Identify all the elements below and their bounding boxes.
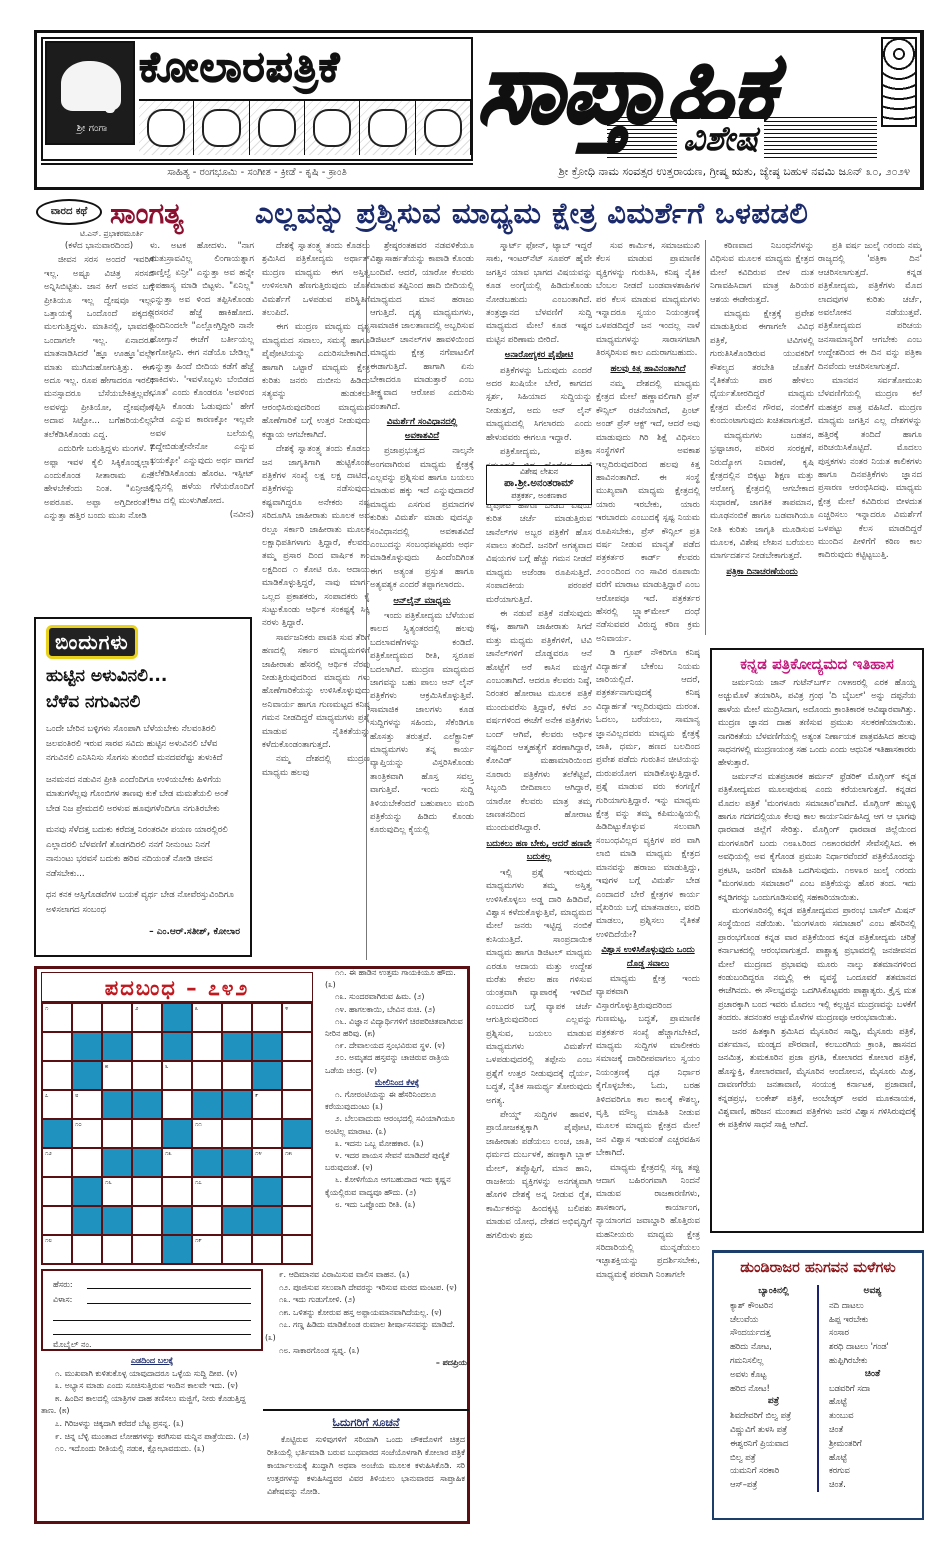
crossword-cell[interactable]: [102, 1235, 132, 1264]
article-paragraph: ಮಾನವನ ಸರ್ವತೋಮುಖ ಬೆಳವಣಿಗೆಯಲ್ಲಿ ಮುದ್ರಣ ಕಲೆ…: [818, 375, 922, 563]
poem-heading: ಬ್ಯಾಂಕಿನಲ್ಲಿ: [730, 1285, 817, 1299]
article-paragraph: ಪ್ರಜಾಪ್ರಭುತ್ವದ ನಾಲ್ಕನೇ ಅಂಗವಾಗಿರುವ ಮಾಧ್ಯಮ…: [370, 445, 474, 592]
poem-line: ವಿಷ್ಣುವಿಗೆ ತುಳಸಿ ಪತ್ರೆ: [730, 1423, 817, 1437]
ornament-border-icon: [881, 37, 917, 127]
across-clues-heading: ಎಡದಿಂದ ಬಲಕ್ಕೆ: [41, 1355, 263, 1368]
poem-line: ಸಂಸಾರ: [829, 1326, 916, 1340]
poem-line: ನದಿ ದಾಟಲು: [829, 1299, 916, 1313]
article-subheading: ವಿಮರ್ಶೆಗೆ ಸಂವಿಧಾನದಲ್ಲಿ ಅವಕಾಶವಿದೆ: [370, 416, 474, 443]
weekly-story-badge: ವಾರದ ಕಥೆ: [36, 199, 102, 225]
crossword-cell[interactable]: ೩: [192, 1003, 222, 1032]
article-column-7: ಕಠಿಣವಾದ ನಿಬಂಧನೆಗಳನ್ನು ವಿಧಿಸುವ ಮೂಲಕ ಮಾಧ್ಯ…: [710, 240, 814, 635]
clue: ೧೬. ವಿಜ್ಞಾನ ವಿದ್ಯಾರ್ಥಿಗಳಿಗೆ ಚಿರಪರಿಚಿತವಾಗ…: [325, 1016, 469, 1040]
clue: ೧೩. ಇದು ಗುಡುಗೋಳಿ. (೨): [265, 1294, 467, 1307]
issue-date: ಶ್ರೀ ಕ್ರೋಧಿ ನಾಮ ಸಂವತ್ಸರ ಉತ್ತರಾಯಣ, ಗ್ರೀಷ್…: [559, 165, 910, 179]
article-paragraph: ದೇಶಕ್ಕೆ ಸ್ವಾತಂತ್ರ್ಯ ತಂದು ಕೊಡಲು ಜನ ಜಾಗೃತಿ…: [262, 443, 370, 631]
poem-line: ಕರಗುವ: [829, 1464, 916, 1478]
poem-line: ಹಿಪ್ಪ ಇರಬೇಕು: [829, 1313, 916, 1327]
crossword-black-cell: [72, 1177, 102, 1206]
clue: ೯. ಚಿನ್ನ ಬೆಳ್ಳಿ ಮುಂತಾದ ಲೋಹಗಳನ್ನು ಕರಗಿಸುವ…: [41, 1431, 263, 1444]
crossword-black-cell: [252, 1061, 282, 1090]
history-title: ಕನ್ನಡ ಪತ್ರಿಕೋದ್ಯಮದ ಇತಿಹಾಸ: [718, 654, 916, 674]
down-clues-heading: ಮೇಲಿನಿಂದ ಕೆಳಕ್ಕೆ: [325, 1077, 469, 1089]
crossword-cell[interactable]: [282, 1177, 312, 1206]
poem-line: ಶಿವದೇವರಿಗೆ ಬಿಲ್ವ ಪತ್ರೆ: [730, 1409, 817, 1423]
clue: ೧೪. ಹಾಗಲಕಾಯಿ, ಬೇವಿನ ರುಚಿ. (೨): [325, 1004, 469, 1016]
crossword-cell[interactable]: [192, 1061, 222, 1090]
poem-line: ಚೆಲುವೆಯ: [730, 1313, 817, 1327]
clue: ೧೫. ಒಳಿತನ್ನು ಕೋರುವ ಹಸ್ತ ಅಪ್ಪಾಯಮಾನವಾಗಿದೆಯ…: [265, 1307, 467, 1320]
clue: ೧೨. ಪೂಜಿಸುವ ಸಲುವಾಗಿ ದೇವರನ್ನು ಇರಿಸುವ ಮರದ …: [265, 1282, 467, 1295]
article-paragraph: ಮಾಧ್ಯಮ ಕ್ಷೇತ್ರದಲ್ಲಿ ಸಣ್ಣ ತಪ್ಪು ಆದಾಗ ಬಹಿರ…: [596, 1162, 700, 1283]
crossword-cell[interactable]: ೮: [72, 1090, 102, 1119]
crossword-cell[interactable]: [132, 1206, 162, 1235]
story-paragraph: ಎದುರಿಗೇ ಬರುತ್ತಿದ್ದಳು ಮಂಗಳೆ. ?ಅಪ್ಪಾ ಇವಳ ಕ…: [44, 443, 154, 523]
clue: ೨. ಬೆಲುವಾದುದು ಆರಂಭದಲ್ಲಿ ಸವಿಯಾಗಿಯೂ ಅಂಟಿಲ್…: [325, 1113, 469, 1137]
clue: ೨೦. ಅಮೃತದ ಹಸ್ತವನ್ನು ಚಾಚಿರುವ ರಾತ್ರಿಯ ಒಡೆಯ…: [325, 1052, 469, 1076]
crossword-black-cell: [132, 1148, 162, 1177]
clue: ೧೧. ಈ ಹಾಡಿನ ಉತ್ತಮ ಗಾಯಕಿಯೂ ಹೌದು. (೩): [325, 967, 469, 991]
name-field[interactable]: [87, 1281, 251, 1289]
poem-line: ಗಮನಿಸಲಿಲ್ಲ: [730, 1354, 817, 1368]
crossword-cell[interactable]: [192, 1206, 222, 1235]
article-paragraph: ಡಿ ಗ್ರೂಪ್ ನೌಕರಿಗೂ ಕನಿಷ್ಠ ವಿದ್ಯಾರ್ಹತೆ ಬೇಕ…: [596, 647, 700, 942]
article-paragraph: ದೇಶಕ್ಕೆ ಸ್ವಾತಂತ್ರ್ಯ ತಂದು ಕೊಡಲು ಶ್ರಮಿಸಿದ …: [262, 240, 370, 320]
crossword-cell[interactable]: [72, 1148, 102, 1177]
article-paragraph: ಇಂದು ಪತ್ರಿಕೋದ್ಯಮ ಬೆಳೆಯುವ ಕಾಲದ ಸ್ವಿತ್ಯಂತರ…: [370, 610, 474, 838]
clue: ೭. ಗಿರಿಜಳನ್ನು ಚಿಕ್ಕದಾಗಿ ಕರೆದರೆ ಬೆಟ್ಟ ಪ್ರ…: [41, 1418, 263, 1431]
crossword-cell[interactable]: ೧: [42, 1003, 72, 1032]
poem-stanza: ಒಂದೇ ಬೇರಿನ ಬಳ್ಳಿಗಳು ಸೊಂಪಾಗಿ ಬೆಳೆಯಬೇಕು ನೆ…: [46, 722, 240, 766]
clue: ೪. ಇದರ ಪಾಯಸ ಸೇವನೆ ಮಾಡಿದರೆ ಪುಣ್ಯಿಕೆ ಬರುವು…: [325, 1150, 469, 1174]
article-subheading: ವಿಶ್ವಾಸ ಉಳಿಸಿಕೊಳ್ಳುವುದು ಒಂದು ದೊಡ್ಡ ಸವಾಲು: [596, 944, 700, 971]
crossword-cell[interactable]: ೯: [252, 1090, 282, 1119]
clue: ೫. ಹಿಂದಿನ ಕಾಲದಲ್ಲಿ ಯಾತ್ರಿಗಳ ದಾಹ ತಣಿಸಲು ಮ…: [41, 1393, 263, 1418]
crossword-black-cell: [282, 1119, 312, 1148]
article-subheading: ಆನ್‌ಲೈನ್ ಮಾಧ್ಯಮ: [370, 595, 474, 608]
poem-title-line1: ಹುಟ್ಟಿನ ಅಳುವಿನಲಿ...: [46, 663, 240, 689]
football-factory-icon: [416, 101, 471, 155]
crossword-black-cell: [252, 1177, 282, 1206]
article-column-4: ಶ್ರೇಷ್ಠರಂತಹವರ ನಡವಳಿಕೆಯೂ ವಿಶ್ವಾಸಾರ್ಹತೆಯನ್…: [370, 240, 474, 960]
crossword-black-cell: [162, 1003, 192, 1032]
guest-writer-box: ವಿಶೇಷ ಲೇಖನ ಪಾ.ಶ್ರೀ.ಅನಂತರಾಮ್ ಪತ್ರಕರ್ತ, ಅಂ…: [486, 465, 592, 505]
crossword-cell[interactable]: [162, 1090, 192, 1119]
history-paragraph: ಜರ್ಮನಿಯ ಜಾನ್ ಗುಟೆನ್‌ಬರ್ಗ್ ೧೪೫೮ರಲ್ಲಿ ಎರಕ …: [718, 676, 916, 770]
story-source: (ಕಳೆದ ಭಾನುವಾರದಿಂದ): [44, 240, 154, 253]
down-clues-continued: ೯. ಆದಿಮಾನವ ವಿರಾಮಿಸುವ ವಾಲಿಸ ವಾಹನ. (೩) ೧೨.…: [265, 1269, 467, 1399]
poem-heading: ಅವಶ್ಯ: [829, 1285, 916, 1299]
crossword-cell[interactable]: ೧೭: [192, 1177, 222, 1206]
article-paragraph: ಪತ್ರಿಕೆಗಳನ್ನು ಓದುವುದು ಎಂದರೆ ಅದರ ಖುಷಿಯೇ ಬ…: [486, 365, 592, 445]
history-paragraph: ಜರ್ಮನ್‌ನ ಮತಪ್ರಚಾರಕ ಹರ್ಮನ್ ಫ್ರೆಡರಿಕ್ ಮೊಗ್…: [718, 770, 916, 904]
crossword-section: ಪದಬಂಧ – ೭೪೨ ೧೨೩೪೫೬೭೮೯೧೦೧೧೧೨೧೩೧೪೧೫೧೬೧೭೧೮೧…: [34, 966, 470, 1524]
dundiraj-left-column: ಬ್ಯಾಂಕಿನಲ್ಲಿಕ್ಯಾಶ್ ಕೌಂಟರಿನಚೆಲುವೆಯಸೌಂದರ್ಯ…: [720, 1285, 817, 1492]
mobile-label: ಮೊಬೈಲ್ ನಂ.: [53, 1340, 92, 1350]
crossword-black-cell: [102, 1032, 132, 1061]
across-clues: ಎಡದಿಂದ ಬಲಕ್ಕೆ ೧. ಮುಖವಾಗಿ ಕುಳಿತುಕೊಳ್ಳ ಯಾವ…: [41, 1355, 263, 1519]
crossword-cell[interactable]: [72, 1003, 102, 1032]
crops-icon: [360, 101, 415, 155]
article-paragraph: ನಮ್ಮ ದೇಶದಲ್ಲಿ ಮುದ್ರಣ ಮಾಧ್ಯಮ ಹಲವು: [262, 753, 370, 780]
crossword-black-cell: [72, 1032, 102, 1061]
supplement-title: ಸಾಪ್ತಾಹಿಕ ವಿಶೇಷ: [477, 35, 919, 163]
crossword-cell[interactable]: [222, 1003, 252, 1032]
crossword-black-cell: [222, 1032, 252, 1061]
poem-stanza: ಮನವು ಸೆಳೆದತ್ತ ಬದುಕು ಕರೆದತ್ತ ನಿರಂತರವೀ ಪಯಣ…: [46, 823, 240, 881]
story-column-1: (ಕಳೆದ ಭಾನುವಾರದಿಂದ) ಜೀವನ ಸರಸ ಅಂದರೆ ಇವರಿಗೆ…: [44, 240, 154, 605]
crossword-cell[interactable]: [72, 1235, 102, 1264]
crossword-cell[interactable]: [222, 1061, 252, 1090]
article-column-5: ಸ್ಮಾರ್ಟ್ ಫೋನ್, ಟ್ಯಾಬ್ ಇದ್ದರೆ ಸಾಕು, ಇಂಟರ್…: [486, 240, 592, 1535]
story-continued: (ನವೀನ): [150, 509, 254, 522]
clue: ೬. ಕೋಳಿಗೆಯೂ ಆಗಬಹುದಾದ ಇದು ಕೃಷ್ಣನ ಕೈಯಲ್ಲಿರ…: [325, 1174, 469, 1198]
crossword-black-cell: [222, 1148, 252, 1177]
crossword-cell[interactable]: [42, 1177, 72, 1206]
clue: ೧೦. ಇದೊಂದು ರೀತಿಯಲ್ಲಿ ನಡುಕ, ಕ್ಷೋಭಾವದುದು. …: [41, 1443, 263, 1456]
poem-line: ಅವಳು ಕೊಟ್ಟ: [730, 1368, 817, 1382]
story-column-2: ಳು. ಅಟಕ ಹೋದಳು. "ನಾಗ ಋತುಸ್ರಾವವಿಲ್ಲ ಲಿಂಗಾಯ…: [150, 240, 254, 605]
poem-line: ಯಮನಿಗೆ ಸರಕಾರಿ: [730, 1464, 817, 1478]
elephant-logo: ಶ್ರೀ ಗಂಗಾ: [45, 41, 135, 145]
poem-line: ಹರಿದ ನೋಟ!: [730, 1382, 817, 1396]
article-paragraph: ಮಾಧ್ಯಮ ಕ್ಷೇತ್ರಕ್ಕೆ ಪ್ರವೇಶ ಮಾಡುತ್ತಿರುವ ಈಗ…: [710, 308, 814, 429]
article-paragraph: ಮಾಧ್ಯಮ ಕ್ಷೇತ್ರ ಇಂದು ವ್ಯಾಪಕವಾಗಿ ವಿಸ್ತಾರಗೊ…: [596, 973, 700, 1161]
clue: ೧೯. ದೇವಾಲಯದ ಸ್ತಂಭವಿರುವ ಸ್ಥಳ. (೪): [325, 1040, 469, 1052]
crossword-black-cell: [162, 1235, 192, 1264]
veena-icon: [250, 101, 305, 155]
column-divider: [705, 240, 706, 635]
history-paragraph: ಮಂಗಳೂರಿನಲ್ಲಿ ಕನ್ನಡ ಪತ್ರಿಕೋದ್ಯಮದ ಪ್ರಾರಂಭ …: [718, 904, 916, 1025]
crossword-cell[interactable]: ೧೩: [162, 1148, 192, 1177]
poem-line: ಚಿಂತೆ.: [829, 1478, 916, 1492]
crossword-cell[interactable]: ೪: [282, 1003, 312, 1032]
crossword-black-cell: [132, 1090, 162, 1119]
crossword-cell[interactable]: [42, 1032, 72, 1061]
article-column-8: ಪ್ರತಿ ವರ್ಷ ಜುಲೈ ೧ರಂದು ನಮ್ಮ ರಾಜ್ಯದಲ್ಲಿ 'ಪ…: [818, 240, 922, 635]
crossword-cell[interactable]: [132, 1119, 162, 1148]
crossword-cell[interactable]: ೧೦: [72, 1119, 102, 1148]
crossword-black-cell: [42, 1119, 72, 1148]
crossword-cell[interactable]: ೧೪: [252, 1148, 282, 1177]
readers-notice: ಓದುಗರಿಗೆ ಸೂಚನೆ ಕೊಟ್ಟಿರುವ ಸುಳಿವುಗಳಿಗೆ ಸರಿ…: [263, 1409, 469, 1521]
elephant-icon: [61, 61, 121, 111]
poem-line: ಹೊಟ್ಟೆ: [829, 1395, 916, 1409]
crossword-cell[interactable]: ೧೨: [42, 1148, 72, 1177]
article-subheading: ಅನಾರೋಗ್ಯಕರ ಪೈಪೋಟಿ: [486, 349, 592, 362]
guest-writer-label: ವಿಶೇಷ ಲೇಖನ: [487, 466, 591, 477]
article-paragraph: ಈಗ ಮುದ್ರಣ ಮಾಧ್ಯಮ ದೃಶ್ಯ ಮಾಧ್ಯಮದ ಸವಾಲು, ಸಮ…: [262, 321, 370, 442]
address-field-line[interactable]: [53, 1307, 251, 1321]
name-label: ಹೆಸರು:: [53, 1280, 87, 1290]
crossword-author: – ಪದಪ್ರಿಯ: [265, 1357, 467, 1370]
story-paragraph: ಳು. ಅಟಕ ಹೋದಳು. "ನಾಗ ಋತುಸ್ರಾವವಿಲ್ಲ ಲಿಂಗಾಯ…: [150, 240, 254, 508]
masthead-tagline: ಸಾಹಿತ್ಯ - ರಂಗಭೂಮಿ - ಸಂಗೀತ - ಕ್ರೀಡೆ - ಕೃಷ…: [41, 163, 473, 181]
dundiraj-title: ಡುಂಡಿರಾಜರ ಹನಿಗವನ ಮಳೆಗಳು: [720, 1257, 916, 1279]
address-field[interactable]: [87, 1296, 251, 1304]
crossword-cell[interactable]: [252, 1003, 282, 1032]
crossword-clues-right: ೧೧. ಈ ಹಾಡಿನ ಉತ್ತಮ ಗಾಯಕಿಯೂ ಹೌದು. (೩) ೧೩. …: [325, 967, 469, 1267]
article-paragraph: ಪ್ರತಿ ವರ್ಷ ಜುಲೈ ೧ರಂದು ನಮ್ಮ ರಾಜ್ಯದಲ್ಲಿ 'ಪ…: [818, 240, 922, 374]
sports-racket-icon: [305, 101, 360, 155]
logo-caption: ಶ್ರೀ ಗಂಗಾ: [53, 123, 131, 139]
clue: ೮. ಇದು ಒಪ್ಪೊಂದು ರೀತಿ. (೩): [325, 1199, 469, 1211]
crossword-cell[interactable]: ೭: [42, 1090, 72, 1119]
crossword-cell[interactable]: [132, 1032, 162, 1061]
article-paragraph: ಸಾರ್ವಜನಿಕರು ಪಾವತಿ ಸುವ ತೆರಿಗೆ ಹಣದಲ್ಲಿ ಸರ್…: [262, 632, 370, 753]
crossword-cell[interactable]: [282, 1235, 312, 1264]
poem-line: ಸೌಂದರ್ಯದತ್ತ: [730, 1326, 817, 1340]
readers-notice-title: ಓದುಗರಿಗೆ ಸೂಚನೆ: [267, 1415, 465, 1431]
clue: ೧. ಮುಖವಾಗಿ ಕುಳಿತುಕೊಳ್ಳ ಯಾವುದಾದರೂ ಒಳ್ಳೆಯ …: [41, 1368, 263, 1381]
crossword-cell[interactable]: [222, 1235, 252, 1264]
crossword-cell[interactable]: ೧೧: [192, 1119, 222, 1148]
crossword-cell[interactable]: [102, 1119, 132, 1148]
poem-line: ಬಿಲ್ವ ಪತ್ರೆ: [730, 1451, 817, 1465]
address-field-line[interactable]: [53, 1321, 251, 1335]
poem-line: ಹುಪ್ಪಿಗಿರಬೇಕು: [829, 1354, 916, 1368]
guest-writer-name: ಪಾ.ಶ್ರೀ.ಅನಂತರಾಮ್: [487, 477, 591, 490]
crossword-grid: ೧೨೩೪೫೬೭೮೯೧೦೧೧೧೨೧೩೧೪೧೫೧೬೧೭೧೮೧೯: [41, 1002, 313, 1265]
clue: ೧. ಗೋರಂಟಿಯನ್ನು ಈ ಹೆಸರಿನಿಂದಲೂ ಕರೆಯುವುದುಂಟ…: [325, 1089, 469, 1113]
column-name: ಸಾಂಗತ್ಯ: [110, 193, 184, 233]
crossword-cell[interactable]: [252, 1235, 282, 1264]
clue: ೩. ಅಭ್ಯಾಸ ಮಾಡು ಎಂದು ಸೂಚಿಸುತ್ತಿರುವ ಇಂದಿನ …: [41, 1380, 263, 1393]
plant-book-icon: [139, 101, 194, 155]
article-paragraph: ಇಲ್ಲಿ ಪ್ರಶ್ನೆ ಇರುವುದು ಮಾಧ್ಯಮಗಳು ತಮ್ಮ ಅಸ್…: [486, 867, 592, 1108]
paper-name: ಕೋಲಾರಪತ್ರಿಕೆ: [139, 41, 469, 93]
crossword-cell[interactable]: [42, 1206, 72, 1235]
crossword-cell[interactable]: ೧೬: [102, 1177, 132, 1206]
crossword-black-cell: [192, 1148, 222, 1177]
article-subheading: ಬದುಕಲು ಹಣ ಬೇಕು, ಆದರೆ ಹಣವೇ ಬದುಕಲ್ಲ: [486, 838, 592, 865]
address-label: ವಿಳಾಸ:: [53, 1295, 87, 1305]
entry-form: ಹೆಸರು: ವಿಳಾಸ: ಮೊಬೈಲ್ ನಂ.: [41, 1269, 263, 1351]
article-paragraph: ಪೇಯ್ಡ್ ಸುದ್ದಿಗಳ ಹಾವಳಿ, ಪ್ರಾಯೋಜಕತ್ವಕ್ಕಾಗಿ…: [486, 1109, 592, 1243]
crossword-cell[interactable]: ೧೯: [192, 1235, 222, 1264]
poem-stanza: ಧನ ಕನಕ ಆಸ್ತಿಗೊಡವೆಗಳ ಬಯಕೆ ವ್ಯರ್ಥ ಬೇಡ ನೋವೆ…: [46, 888, 240, 917]
clue: ೧೭. ಗಣ್ಡ ಹಿಡಿದು ಮಾಡಿಕೊಂಡ ರುಮಾಲ ಶೀರ್ಷಾಸನವ…: [265, 1319, 467, 1344]
article-paragraph: ಈ ನಡುವೆ ಪತ್ರಿಕೆ ನಡೆಸುವುದು ಕಷ್ಟ, ಹಾಗಾಗಿ ಜ…: [486, 608, 592, 836]
masthead-title: ಕೋಲಾರಪತ್ರಿಕೆ: [139, 41, 469, 93]
crossword-cell[interactable]: [162, 1177, 192, 1206]
poem-line: ತುಂಬುವ: [829, 1409, 916, 1423]
dundiraj-poems-box: ಡುಂಡಿರಾಜರ ಹನಿಗವನ ಮಳೆಗಳು ಬ್ಯಾಂಕಿನಲ್ಲಿಕ್ಯಾ…: [712, 1250, 924, 1520]
crossword-cell[interactable]: [282, 1032, 312, 1061]
crossword-cell[interactable]: ೨: [132, 1003, 162, 1032]
poem-line: ಶರಧಿ ದಾಟಲು 'ಗಂಡ': [829, 1340, 916, 1354]
crossword-black-cell: [222, 1090, 252, 1119]
dundiraj-right-column: ಅವಶ್ಯನದಿ ದಾಟಲುಹಿಪ್ಪ ಇರಬೇಕುಸಂಸಾರಶರಧಿ ದಾಟಲ…: [817, 1285, 916, 1492]
article-subheading: ಪತ್ರಿಕಾ ದಿನಾಚರಣೆಯಂದು: [710, 566, 814, 579]
article-paragraph: ಸುವ ಕಾರ್ಮಿಕ, ಸಮಾಜಮುಖಿ ಕೆಲಸ ಮಾಡುವ ಪ್ರಾಮಾಣ…: [596, 240, 700, 361]
crossword-cell[interactable]: [192, 1032, 222, 1061]
crossword-black-cell: [222, 1206, 252, 1235]
article-subheading: ಹಲವು ಕಿತ್ತ ಹಾವಿನಂತಾಗಿದೆ: [596, 363, 700, 376]
poem-box: ಬಿಂದುಗಳು ಹುಟ್ಟಿನ ಅಳುವಿನಲಿ... ಬೆಳೆವ ನಗುವಿ…: [34, 617, 252, 957]
guest-writer-role: ಪತ್ರಕರ್ತ, ಅಂಕಣಕಾರ: [487, 490, 591, 501]
crossword-cell[interactable]: ೬: [162, 1061, 192, 1090]
crossword-cell[interactable]: [222, 1177, 252, 1206]
crossword-cell[interactable]: [132, 1061, 162, 1090]
poem-heading: ಚಿಂತೆ: [829, 1368, 916, 1382]
masthead: ಶ್ರೀ ಗಂಗಾ ಕೋಲಾರಪತ್ರಿಕೆ ಸಾಹಿತ್ಯ - ರಂಗಭೂಮಿ…: [34, 30, 924, 190]
article-column-3: ದೇಶಕ್ಕೆ ಸ್ವಾತಂತ್ರ್ಯ ತಂದು ಕೊಡಲು ಶ್ರಮಿಸಿದ …: [262, 240, 370, 960]
article-paragraph: ನಮ್ಮ ದೇಶದಲ್ಲಿ ಮಾಧ್ಯಮ ಕ್ಷೇತ್ರದ ಮೇಲೆ ಹಣ್ಣಾ…: [596, 378, 700, 646]
poem-line: ಶ್ರೀಮಂತರಿಗೆ: [829, 1437, 916, 1451]
crossword-cell[interactable]: [252, 1119, 282, 1148]
crossword-cell[interactable]: [42, 1061, 72, 1090]
crossword-title: ಪದಬಂಧ – ೭೪೨: [41, 972, 313, 1002]
clue: ೧೮. ಸಾಕಾರಗೊಂಡ ಸ್ವಪ್ನ. (೩): [265, 1345, 467, 1358]
poem-title-line2: ಬೆಳೆವ ನಗುವಿನಲಿ: [46, 689, 240, 715]
story-paragraph: ಜೀವನ ಸರಸ ಅಂದರೆ ಇವರಿಗೆ ಇಲ್ಲ. ಅಷ್ಟೂ ವಿಚಿತ್…: [44, 254, 154, 442]
crossword-black-cell: [192, 1090, 222, 1119]
poem-stanza: ಜನಮನದ ನಡುವಿನ ಪ್ರೀತಿ ಎಂದೆಂದಿಗೂ ಉಳಿಯಬೇಕು ಹ…: [46, 773, 240, 817]
crossword-black-cell: [72, 1206, 102, 1235]
crossword-cell[interactable]: ೧೫: [282, 1148, 312, 1177]
readers-notice-text: ಕೊಟ್ಟಿರುವ ಸುಳಿವುಗಳಿಗೆ ಸರಿಯಾಗಿ ಒಂದು ಚೌಕದೊ…: [267, 1433, 465, 1498]
crossword-cell[interactable]: [102, 1003, 132, 1032]
poem-line: ಆಸ್–ಪತ್ರೆ: [730, 1478, 817, 1492]
clue: ೯. ಆದಿಮಾನವ ವಿರಾಮಿಸುವ ವಾಲಿಸ ವಾಹನ. (೩): [265, 1269, 467, 1282]
crossword-black-cell: [252, 1206, 282, 1235]
crossword-cell[interactable]: [282, 1206, 312, 1235]
poem-line: ಕ್ಯಾಶ್ ಕೌಂಟರಿನ: [730, 1299, 817, 1313]
article-column-6: ಸುವ ಕಾರ್ಮಿಕ, ಸಮಾಜಮುಖಿ ಕೆಲಸ ಮಾಡುವ ಪ್ರಾಮಾಣ…: [596, 240, 700, 1535]
crossword-black-cell: [162, 1032, 192, 1061]
theatre-masks-icon: [194, 101, 249, 155]
supplement-subtitle: ವಿಶೇಷ: [677, 119, 764, 159]
poem-section-badge: ಬಿಂದುಗಳು: [46, 625, 138, 659]
crossword-cell[interactable]: [222, 1119, 252, 1148]
article-paragraph: ಸ್ಮಾರ್ಟ್ ಫೋನ್, ಟ್ಯಾಬ್ ಇದ್ದರೆ ಸಾಕು, ಇಂಟರ್…: [486, 240, 592, 347]
crossword-cell[interactable]: [132, 1177, 162, 1206]
poem-line: ಬಡವರಿಗೆ ಸದಾ: [829, 1382, 916, 1396]
history-paragra: ಜನರ ಹಿತಕ್ಕಾಗಿ ಶ್ರಮಿಸಿದ ಮೈಸೂರಿನ ಸಾಧ್ವಿ, ಮ…: [718, 1025, 916, 1132]
article-paragraph: ಮಾಧ್ಯಮಗಳು ಬಡತನ, ಭ್ರಷ್ಟಾಚಾರ, ಪರಿಸರ ಸಂರಕ್ಷ…: [710, 430, 814, 564]
poem-heading: ಪತ್ರೆ: [730, 1395, 817, 1409]
crossword-black-cell: [162, 1206, 192, 1235]
poem-author: – ಎಂ.ಆರ್.ಸತೀಶ್, ಕೋಲಾರ: [46, 927, 240, 937]
article-paragraph: ಕಠಿಣವಾದ ನಿಬಂಧನೆಗಳನ್ನು ವಿಧಿಸುವ ಮೂಲಕ ಮಾಧ್ಯ…: [710, 240, 814, 307]
crossword-cell[interactable]: [282, 1061, 312, 1090]
crossword-black-cell: [162, 1119, 192, 1148]
article-paragraph: ಶ್ರೇಷ್ಠರಂತಹವರ ನಡವಳಿಕೆಯೂ ವಿಶ್ವಾಸಾರ್ಹತೆಯನ್…: [370, 240, 474, 414]
crossword-cell[interactable]: [132, 1235, 162, 1264]
clue: ೩. ಇದನು ಒಬ್ಬ ಮೋಹಕಾರ. (೩): [325, 1138, 469, 1150]
crossword-cell[interactable]: ೫: [102, 1061, 132, 1090]
column-divider: [366, 240, 367, 960]
crossword-black-cell: [102, 1090, 132, 1119]
history-box: ಕನ್ನಡ ಪತ್ರಿಕೋದ್ಯಮದ ಇತಿಹಾಸ ಜರ್ಮನಿಯ ಜಾನ್ ಗ…: [710, 648, 924, 1233]
crossword-black-cell: [102, 1148, 132, 1177]
poem-line: ಹೊಟ್ಟೆ: [829, 1451, 916, 1465]
crossword-black-cell: [102, 1206, 132, 1235]
clue: ೧೩. ಸುಂದರವಾಗಿರುವ ಹಿಮ. (೨): [325, 991, 469, 1003]
main-headline: ಎಲ್ಲವನ್ನು ಪ್ರಶ್ನಿಸುವ ಮಾಧ್ಯಮ ಕ್ಷೇತ್ರ ವಿಮರ…: [255, 193, 808, 233]
crossword-cell[interactable]: ೧೮: [42, 1235, 72, 1264]
crossword-black-cell: [72, 1061, 102, 1090]
masthead-left-panel: ಶ್ರೀ ಗಂಗಾ ಕೋಲಾರಪತ್ರಿಕೆ: [41, 37, 473, 161]
poem-line: ಹರಿದು ನೋಟ,: [730, 1340, 817, 1354]
poem-line: ಈಶ್ವರನಿಗೆ ಪ್ರಿಯವಾದ: [730, 1437, 817, 1451]
crossword-cell[interactable]: [282, 1090, 312, 1119]
masthead-illustrations: [139, 99, 471, 155]
crossword-black-cell: [252, 1032, 282, 1061]
poem-line: ಚಿಂತೆ: [829, 1423, 916, 1437]
